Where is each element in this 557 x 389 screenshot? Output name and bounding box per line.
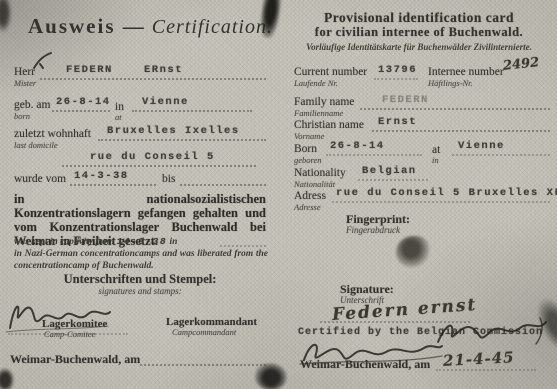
nationality-label-de: Nationalität — [294, 180, 335, 189]
christian-name-label-en: Christian name — [294, 119, 364, 131]
domicile-dotline — [98, 139, 266, 141]
domicile-value: Bruxelles Ixelles — [107, 125, 240, 137]
family-name-dotline — [360, 108, 550, 110]
r-born-date: 26-8-14 — [330, 140, 385, 152]
captivity-prefix-en: was kept in captivity from — [14, 237, 114, 247]
born-place-dotline — [132, 110, 252, 112]
left-title-german: Ausweis — — [28, 14, 146, 38]
domicile-street-dotline — [62, 165, 256, 167]
right-place-line-date: 21-4-45 — [443, 348, 515, 370]
born-label-en: born — [14, 112, 30, 121]
r-born-at-de: in — [432, 156, 439, 165]
nationality-label-en: Nationality — [294, 167, 346, 179]
fingerprint-label-en: Fingerprint: — [346, 213, 410, 225]
signature-label-en: Signature: — [340, 283, 394, 295]
left-place-line-dotline — [140, 364, 266, 366]
captivity-suffix-en: in — [169, 237, 177, 247]
nationality-dotline — [358, 179, 428, 181]
left-title: Ausweis — Certification. — [28, 14, 273, 39]
right-place-line-dotline — [436, 369, 536, 371]
scan-edge-top-left — [0, 0, 11, 32]
internee-number-label-en: Internee number — [428, 66, 504, 78]
born-label-de: geb. am — [14, 99, 50, 111]
r-born-place: Vienne — [458, 140, 505, 152]
right-title-line1: Provisional identification card — [288, 10, 550, 25]
period-date-dotline — [70, 184, 156, 186]
current-number-label-de: Laufende Nr. — [294, 79, 338, 88]
christian-name-label-de: Vorname — [294, 132, 324, 141]
left-title-english: Certification. — [146, 16, 273, 38]
r-born-date-dotline — [326, 154, 422, 156]
family-name-label-en: Family name — [294, 96, 354, 108]
family-name-label-de: Familienname — [294, 109, 343, 118]
signatures-heading-de: Unterschriften und Stempel: — [0, 273, 280, 285]
domicile-street: rue du Conseil 5 — [90, 151, 215, 163]
nationality-value: Belgian — [362, 165, 417, 177]
commandant-label-en: Campcommandant — [172, 328, 236, 337]
family-name-value: FEDERN — [382, 94, 429, 106]
christian-name-dotline — [372, 130, 550, 132]
born-date-dotline — [52, 110, 110, 112]
internee-number-label-de: Häftlings-Nr. — [428, 79, 473, 88]
r-born-place-dotline — [452, 154, 550, 156]
fingerprint-smudge — [396, 236, 430, 268]
born-date: 26-8-14 — [56, 96, 111, 108]
address-label-de: Adresse — [294, 203, 321, 212]
current-number-dotline — [374, 78, 418, 80]
right-place-line-label: Weimar-Buchenwald, am — [300, 358, 430, 370]
address-label-en: Adress — [294, 190, 326, 202]
captivity-line-en: was kept in captivity from 14-3-38 in — [14, 236, 177, 249]
born-place: Vienne — [142, 96, 189, 108]
domicile-label-en: last domicile — [14, 141, 58, 150]
address-dotline — [332, 201, 550, 203]
domicile-label-de: zuletzt wohnhaft — [14, 128, 91, 140]
r-born-label-en: Born — [294, 143, 317, 155]
identification-card-scan: Ausweis — Certification. Herr Mister FED… — [0, 0, 557, 389]
right-subtitle-de: Vorläufige Identitätskarte für Buchenwäl… — [284, 42, 554, 52]
internee-number-value: 2492 — [502, 55, 540, 74]
current-number-label-en: Current number — [294, 66, 367, 78]
fingerprint-label-de: Fingerabdruck — [346, 226, 400, 235]
address-value: rue du Conseil 5 Bruxelles XL — [336, 187, 557, 199]
r-born-label-de: geboren — [294, 156, 322, 165]
captivity-dotline — [220, 245, 266, 247]
current-number-value: 13796 — [378, 64, 417, 76]
ink-blot-bottom-center — [255, 363, 287, 389]
mister-dotline — [40, 78, 266, 80]
period-bis-dotline — [180, 184, 266, 186]
captivity-paragraph-en: in Nazi-German concentrationcamps and wa… — [14, 249, 268, 272]
period-bis-label: bis — [162, 173, 175, 185]
right-title-line2: for civilian internee of Buchenwald. — [288, 25, 550, 40]
ink-blot-bottom-left — [0, 368, 14, 389]
mister-label-de: Herr — [14, 66, 35, 78]
period-label-de: wurde vom — [14, 173, 66, 185]
period-date: 14-3-38 — [74, 170, 129, 182]
born-in-label-en: at — [115, 113, 122, 122]
left-place-line-label: Weimar-Buchenwald, am — [10, 353, 140, 365]
commission-signature-2 — [432, 310, 552, 352]
committee-label-en: Camp-Comitee — [44, 330, 95, 339]
christian-name-value: Ernst — [378, 116, 417, 128]
mister-value: FEDERN ERnst — [66, 64, 183, 76]
captivity-date-en: 14-3-38 — [117, 236, 167, 247]
mister-label-en: Mister — [14, 79, 36, 88]
